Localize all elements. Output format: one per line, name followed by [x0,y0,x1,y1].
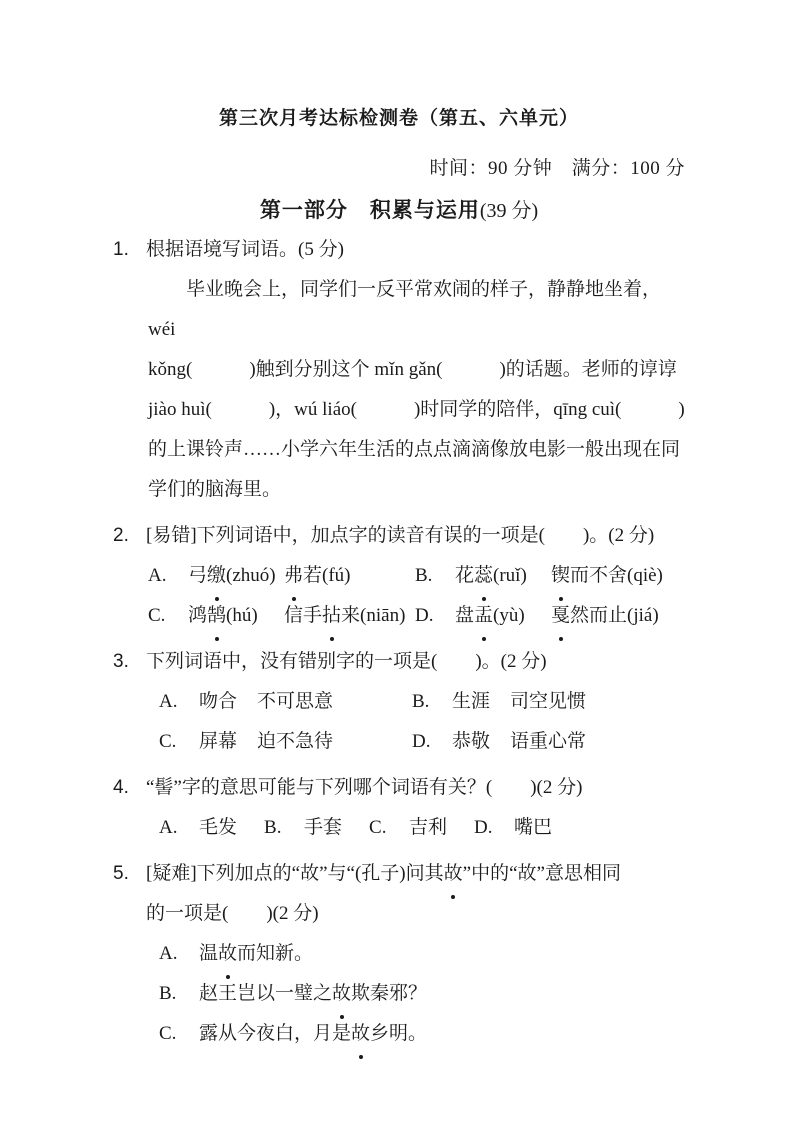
difficulty-tag: [疑难] [146,863,197,884]
exam-content: 第三次月考达标检测卷（第五、六单元） 时间：90 分钟 满分：100 分 第一部… [113,103,685,1054]
question-1-number: 1. [113,230,146,270]
option-word: 锲而不舍(qiè) [551,565,663,586]
option-word: 花蕊(ruǐ) [455,556,551,596]
question-1-stem: 根据语境写词语。(5 分) [146,230,685,270]
option-text: 温故而知新。 [199,943,313,964]
option-word: 恭敬 [452,722,510,762]
option-letter: D. [474,808,514,848]
option-word: 吉利 [409,817,447,838]
option-word: 信手拈来(niān) [284,605,405,626]
option-word: 盘盂(yù) [455,596,551,636]
emphasized-char: 故 [218,934,237,974]
question-1: 1. 根据语境写词语。(5 分) 毕业晚会上，同学们一反平常欢闹的样子，静静地坐… [113,230,685,510]
option-letter: B. [415,556,455,596]
question-3: 3. 下列词语中，没有错别字的一项是( )。(2 分) A.吻合不可思意 B.生… [113,642,685,762]
emphasized-char: 盂 [474,596,493,636]
passage-line: jiào huì( )，wú liáo( )时同学的陪伴，qīng cuì( ) [148,390,685,430]
option-word: 屏幕 [199,722,257,762]
option-A: A.弓缴(zhuó)弗若(fú) [148,556,415,596]
option-C: C.露从今夜白，月是故乡明。 [159,1014,685,1054]
option-A: A.毛发 [159,808,237,848]
option-letter: C. [159,722,199,762]
option-C: C.鸿鹄(hú)信手拈来(niān) [148,596,415,636]
option-word: 毛发 [199,817,237,838]
option-B: B.花蕊(ruǐ)锲而不舍(qiè) [415,556,685,596]
option-letter: A. [159,808,199,848]
emphasized-char: 故 [351,1014,370,1054]
option-letter: C. [159,1014,199,1054]
section-heading-text: 第一部分 积累与运用 [260,199,480,222]
option-word: 戛然而止(jiá) [551,605,659,626]
option-word: 弓缴(zhuó) [188,556,284,596]
option-letter: C. [148,596,188,636]
section-heading: 第一部分 积累与运用(39 分) [113,194,685,224]
option-word: 弗若(fú) [284,565,351,586]
question-5-number: 5. [113,854,146,894]
option-word: 嘴巴 [514,817,552,838]
option-letter: D. [412,722,452,762]
question-2-options: A.弓缴(zhuó)弗若(fú) B.花蕊(ruǐ)锲而不舍(qiè) C.鸿鹄… [148,556,685,636]
emphasized-char: 鹄 [207,596,226,636]
question-5-stem: [疑难]下列加点的“故”与“(孔子)问其故”中的“故”意思相同 [146,854,685,894]
option-C: C.吉利 [369,808,447,848]
question-4-options: A.毛发 B.手套 C.吉利 D.嘴巴 [159,808,685,848]
option-A: A.吻合不可思意 [159,682,412,722]
question-4: 4. “髻”字的意思可能与下列哪个词语有关？( )(2 分) A.毛发 B.手套… [113,768,685,848]
question-5-stem-continued: 的一项是( )(2 分) [113,894,685,934]
passage-line: kǒng( )触到分别这个 mǐn gǎn( )的话题。老师的谆谆 [148,350,685,390]
option-letter: B. [159,974,199,1014]
question-2-stem: [易错]下列词语中，加点字的读音有误的一项是( )。(2 分) [146,516,685,556]
question-4-stem: “髻”字的意思可能与下列哪个词语有关？( )(2 分) [146,768,685,808]
option-B: B.手套 [264,808,342,848]
option-word: 司空见惯 [510,691,586,712]
option-letter: A. [159,682,199,722]
emphasized-char: 缴 [207,556,226,596]
exam-paper-page: 第三次月考达标检测卷（第五、六单元） 时间：90 分钟 满分：100 分 第一部… [0,0,793,1122]
option-word: 不可思意 [257,691,333,712]
exam-meta-line: 时间：90 分钟 满分：100 分 [113,153,685,180]
passage-line: 毕业晚会上，同学们一反平常欢闹的样子，静静地坐着，wéi [148,270,685,350]
option-B: B.赵王岂以一璧之故欺秦邪？ [159,974,685,1014]
emphasized-char: 拈 [322,596,341,636]
option-word: 生涯 [452,682,510,722]
question-4-number: 4. [113,768,146,808]
question-2-number: 2. [113,516,146,556]
question-3-options: A.吻合不可思意 B.生涯司空见惯 C.屏幕迫不急待 D.恭敬语重心常 [159,682,685,762]
emphasized-char: 锲 [551,556,570,596]
option-C: C.屏幕迫不急待 [159,722,412,762]
option-word: 迫不急待 [257,731,333,752]
option-letter: A. [148,556,188,596]
difficulty-tag: [易错] [146,525,197,546]
emphasized-char: 故 [332,974,351,1014]
question-3-number: 3. [113,642,146,682]
question-5-stem-text: 下列加点的“故”与“(孔子)问其故”中的“故”意思相同 [197,863,621,884]
option-B: B.生涯司空见惯 [412,682,685,722]
question-2-stem-text: 下列词语中，加点字的读音有误的一项是( )。(2 分) [197,525,655,546]
option-letter: B. [412,682,452,722]
option-text: 赵王岂以一璧之故欺秦邪？ [199,983,427,1004]
option-letter: B. [264,808,304,848]
emphasized-char: 戛 [551,596,570,636]
emphasized-char: 故 [444,854,463,894]
option-D: D.盘盂(yù)戛然而止(jiá) [415,596,685,636]
option-A: A.温故而知新。 [159,934,685,974]
emphasized-char: 蕊 [474,556,493,596]
option-letter: A. [159,934,199,974]
option-D: D.嘴巴 [474,808,552,848]
question-1-passage: 毕业晚会上，同学们一反平常欢闹的样子，静静地坐着，wéi kǒng( )触到分别… [148,270,685,510]
option-text: 露从今夜白，月是故乡明。 [199,1023,427,1044]
option-letter: D. [415,596,455,636]
option-word: 鸿鹄(hú) [188,596,284,636]
option-word: 吻合 [199,682,257,722]
question-5: 5. [疑难]下列加点的“故”与“(孔子)问其故”中的“故”意思相同 的一项是(… [113,854,685,1054]
question-3-stem: 下列词语中，没有错别字的一项是( )。(2 分) [146,642,685,682]
option-word: 手套 [304,817,342,838]
option-word: 语重心常 [510,731,586,752]
emphasized-char: 弗 [284,556,303,596]
page-title: 第三次月考达标检测卷（第五、六单元） [113,103,685,130]
section-points: (39 分) [480,200,538,222]
question-2: 2. [易错]下列词语中，加点字的读音有误的一项是( )。(2 分) A.弓缴(… [113,516,685,636]
passage-line: 的上课铃声……小学六年生活的点点滴滴像放电影一般出现在同 [148,430,685,470]
option-D: D.恭敬语重心常 [412,722,685,762]
option-letter: C. [369,808,409,848]
passage-line: 学们的脑海里。 [148,470,685,510]
